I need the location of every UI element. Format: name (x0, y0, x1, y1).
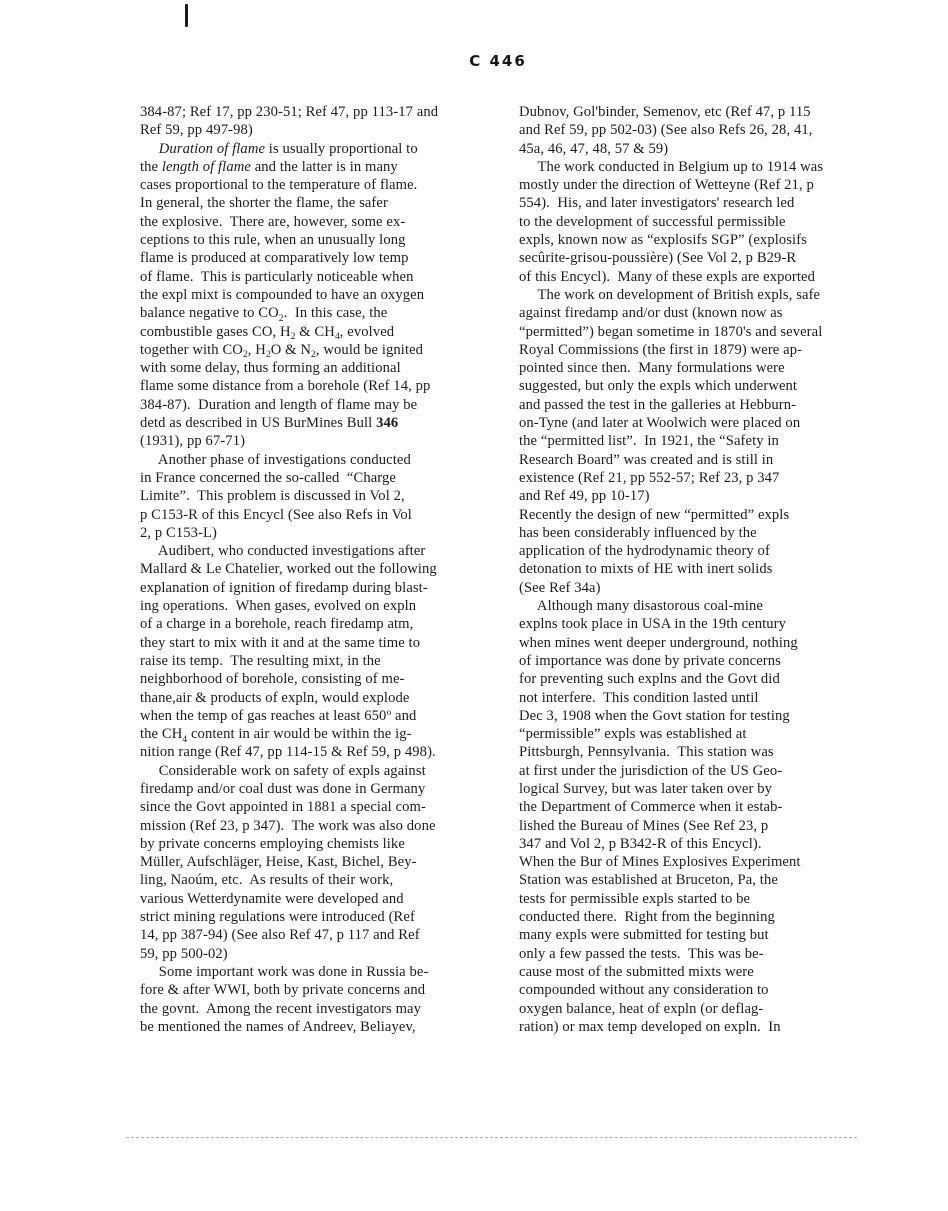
text-line: the expl mixt is compounded to have an o… (140, 286, 482, 304)
text-line: Another phase of investigations conducte… (140, 451, 482, 469)
text-line: and Ref 59, pp 502-03) (See also Refs 26… (519, 121, 864, 139)
text-line: the length of flame and the latter is in… (140, 158, 482, 176)
text-line: expls, known now as “explosifs SGP” (exp… (519, 231, 864, 249)
text-line: of importance was done by private concer… (519, 652, 864, 670)
text-line: Duration of flame is usually proportiona… (140, 140, 482, 158)
text-line: the “permitted list”. In 1921, the “Safe… (519, 432, 864, 450)
text-line: (1931), pp 67-71) (140, 432, 482, 450)
text-line: since the Govt appointed in 1881 a speci… (140, 798, 482, 816)
text-line: of this Encycl). Many of these expls are… (519, 268, 864, 286)
text-line: neighborhood of borehole, consisting of … (140, 670, 482, 688)
text-line: 347 and Vol 2, p B342-R of this Encycl). (519, 835, 864, 853)
text-line: detonation to mixts of HE with inert sol… (519, 560, 864, 578)
text-line: 554). His, and later investigators' rese… (519, 194, 864, 212)
text-line: 45a, 46, 47, 48, 57 & 59) (519, 140, 864, 158)
text-line: Limite”. This problem is discussed in Vo… (140, 487, 482, 505)
text-line: firedamp and/or coal dust was done in Ge… (140, 780, 482, 798)
text-line: Although many disastorous coal-mine (519, 597, 864, 615)
text-line: by private concerns employing chemists l… (140, 835, 482, 853)
text-line: detd as described in US BurMines Bull 34… (140, 414, 482, 432)
text-line: lished the Bureau of Mines (See Ref 23, … (519, 817, 864, 835)
text-line: In general, the shorter the flame, the s… (140, 194, 482, 212)
text-line: 14, pp 387-94) (See also Ref 47, p 117 a… (140, 926, 482, 944)
text-line: on-Tyne (and later at Woolwich were plac… (519, 414, 864, 432)
text-line: existence (Ref 21, pp 552-57; Ref 23, p … (519, 469, 864, 487)
text-line: in France concerned the so-called “Charg… (140, 469, 482, 487)
text-line: The work conducted in Belgium up to 1914… (519, 158, 864, 176)
text-line: to the development of successful permiss… (519, 213, 864, 231)
text-line: and Ref 49, pp 10-17) (519, 487, 864, 505)
text-line: of flame. This is particularly noticeabl… (140, 268, 482, 286)
text-line: (See Ref 34a) (519, 579, 864, 597)
text-line: many expls were submitted for testing bu… (519, 926, 864, 944)
text-line: Audibert, who conducted investigations a… (140, 542, 482, 560)
text-line: against firedamp and/or dust (known now … (519, 304, 864, 322)
text-line: the explosive. There are, however, some … (140, 213, 482, 231)
text-line: with some delay, thus forming an additio… (140, 359, 482, 377)
text-line: flame is produced at comparatively low t… (140, 249, 482, 267)
text-line: fore & after WWI, both by private concer… (140, 981, 482, 999)
text-line: 59, pp 500-02) (140, 945, 482, 963)
text-line: “permissible” expls was established at (519, 725, 864, 743)
text-line: compounded without any consideration to (519, 981, 864, 999)
text-line: has been considerably influenced by the (519, 524, 864, 542)
text-line: when the temp of gas reaches at least 65… (140, 707, 482, 725)
text-line: tests for permissible expls started to b… (519, 890, 864, 908)
text-line: strict mining regulations were introduce… (140, 908, 482, 926)
text-line: at first under the jurisdiction of the U… (519, 762, 864, 780)
text-line: Pittsburgh, Pennsylvania. This station w… (519, 743, 864, 761)
document-page: C 446 384-87; Ref 17, pp 230-51; Ref 47,… (0, 0, 948, 1211)
text-line: thane,air & products of expln, would exp… (140, 689, 482, 707)
text-line: explanation of ignition of firedamp duri… (140, 579, 482, 597)
text-line: when mines went deeper underground, noth… (519, 634, 864, 652)
column-right: Dubnov, Gol'binder, Semenov, etc (Ref 47… (519, 103, 864, 1036)
text-line: Dec 3, 1908 when the Govt station for te… (519, 707, 864, 725)
text-line: they start to mix with it and at the sam… (140, 634, 482, 652)
text-line: flame some distance from a borehole (Ref… (140, 377, 482, 395)
text-line: the Department of Commerce when it estab… (519, 798, 864, 816)
text-line: “permitted”) began sometime in 1870's an… (519, 323, 864, 341)
text-line: secûrite-grisou-poussière) (See Vol 2, p… (519, 249, 864, 267)
text-line: mission (Ref 23, p 347). The work was al… (140, 817, 482, 835)
text-line: be mentioned the names of Andreev, Belia… (140, 1018, 482, 1036)
text-line: the CH4 content in air would be within t… (140, 725, 482, 743)
text-line: The work on development of British expls… (519, 286, 864, 304)
text-line: of a charge in a borehole, reach firedam… (140, 615, 482, 633)
text-line: only a few passed the tests. This was be… (519, 945, 864, 963)
text-line: Mallard & Le Chatelier, worked out the f… (140, 560, 482, 578)
text-line: Ref 59, pp 497-98) (140, 121, 482, 139)
text-line: application of the hydrodynamic theory o… (519, 542, 864, 560)
text-line: 384-87; Ref 17, pp 230-51; Ref 47, pp 11… (140, 103, 482, 121)
text-line: nition range (Ref 47, pp 114-15 & Ref 59… (140, 743, 482, 761)
text-line: Station was established at Bruceton, Pa,… (519, 871, 864, 889)
text-line: and passed the test in the galleries at … (519, 396, 864, 414)
text-line: combustible gases CO, H2 & CH4, evolved (140, 323, 482, 341)
text-line: together with CO2, H2O & N2, would be ig… (140, 341, 482, 359)
text-line: conducted there. Right from the beginnin… (519, 908, 864, 926)
text-line: 384-87). Duration and length of flame ma… (140, 396, 482, 414)
text-line: 2, p C153-L) (140, 524, 482, 542)
text-line: Recently the design of new “permitted” e… (519, 506, 864, 524)
text-line: cases proportional to the temperature of… (140, 176, 482, 194)
text-line: p C153-R of this Encycl (See also Refs i… (140, 506, 482, 524)
page-edge-dashed-line (126, 1137, 857, 1138)
text-line: ceptions to this rule, when an unusually… (140, 231, 482, 249)
text-line: the govnt. Among the recent investigator… (140, 1000, 482, 1018)
text-line: not interfere. This condition lasted unt… (519, 689, 864, 707)
text-line: for preventing such explns and the Govt … (519, 670, 864, 688)
text-line: When the Bur of Mines Explosives Experim… (519, 853, 864, 871)
text-line: Research Board” was created and is still… (519, 451, 864, 469)
text-line: balance negative to CO2. In this case, t… (140, 304, 482, 322)
text-line: Some important work was done in Russia b… (140, 963, 482, 981)
column-left: 384-87; Ref 17, pp 230-51; Ref 47, pp 11… (140, 103, 482, 1036)
text-line: ing operations. When gases, evolved on e… (140, 597, 482, 615)
text-line: raise its temp. The resulting mixt, in t… (140, 652, 482, 670)
text-line: cause most of the submitted mixts were (519, 963, 864, 981)
text-line: mostly under the direction of Wetteyne (… (519, 176, 864, 194)
text-line: explns took place in USA in the 19th cen… (519, 615, 864, 633)
text-line: pointed since then. Many formulations we… (519, 359, 864, 377)
text-line: logical Survey, but was later taken over… (519, 780, 864, 798)
text-line: Considerable work on safety of expls aga… (140, 762, 482, 780)
text-line: oxygen balance, heat of expln (or deflag… (519, 1000, 864, 1018)
text-line: Royal Commissions (the first in 1879) we… (519, 341, 864, 359)
ink-mark (185, 4, 188, 27)
text-line: suggested, but only the expls which unde… (519, 377, 864, 395)
text-line: ration) or max temp developed on expln. … (519, 1018, 864, 1036)
text-line: Müller, Aufschläger, Heise, Kast, Bichel… (140, 853, 482, 871)
text-line: ling, Naoúm, etc. As results of their wo… (140, 871, 482, 889)
text-line: various Wetterdynamite were developed an… (140, 890, 482, 908)
page-header: C 446 (140, 52, 856, 70)
text-line: Dubnov, Gol'binder, Semenov, etc (Ref 47… (519, 103, 864, 121)
